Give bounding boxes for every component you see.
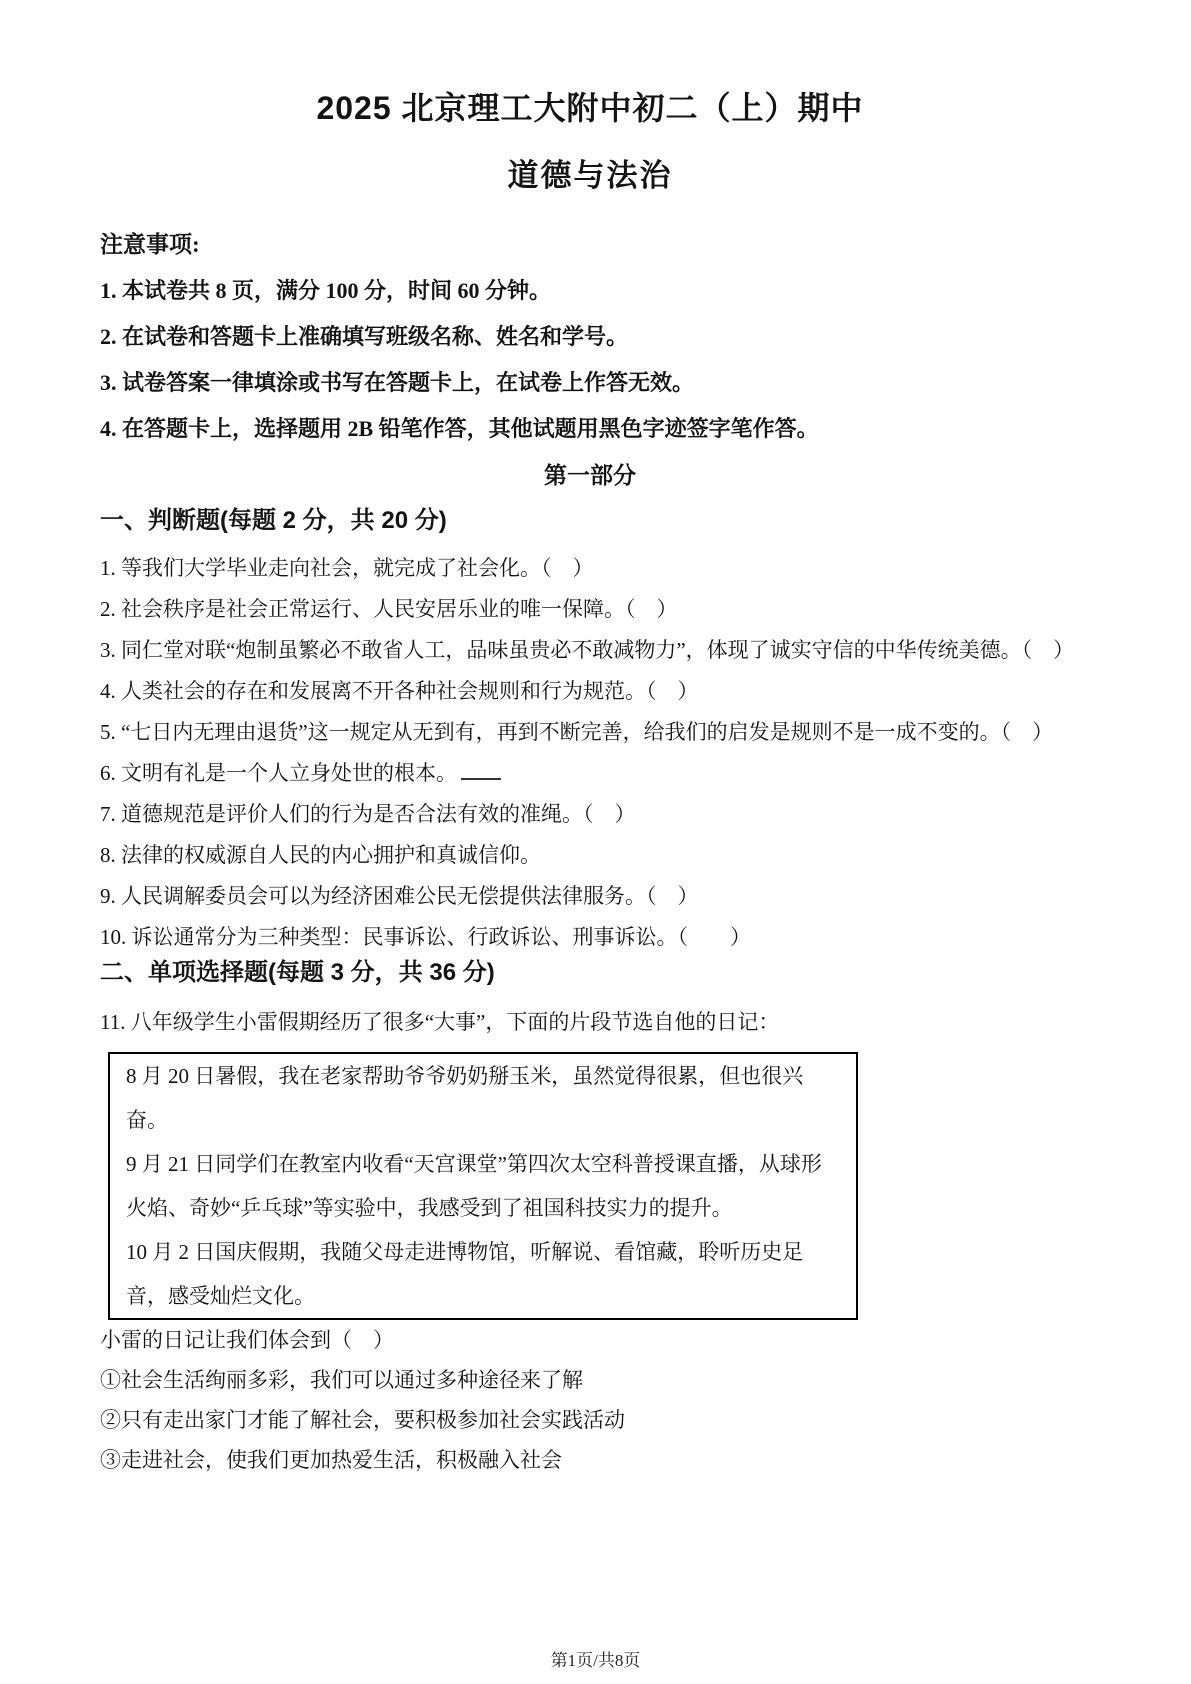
page-subtitle: 道德与法治 — [100, 156, 1080, 196]
part1-heading: 第一部分 — [100, 460, 1080, 490]
diary-entry-3: 10 月 2 日国庆假期，我随父母走进博物馆，听解说、看馆藏，聆听历史足音，感受… — [126, 1230, 840, 1318]
question-5: 5. “七日内无理由退货”这一规定从无到有，再到不断完善，给我们的启发是规则不是… — [100, 712, 1080, 753]
question-9: 9. 人民调解委员会可以为经济困难公民无偿提供法律服务。（ ） — [100, 876, 1080, 917]
notice-item-1: 1. 本试卷共 8 页，满分 100 分，时间 60 分钟。 — [100, 276, 1080, 306]
question-11-option-2: ②只有走出家门才能了解社会，要积极参加社会实践活动 — [100, 1400, 1080, 1440]
question-7: 7. 道德规范是评价人们的行为是否合法有效的准绳。（ ） — [100, 794, 1080, 835]
diary-entry-1: 8 月 20 日暑假，我在老家帮助爷爷奶奶掰玉米，虽然觉得很累，但也很兴奋。 — [126, 1054, 840, 1142]
diary-entry-2: 9 月 21 日同学们在教室内收看“天宫课堂”第四次太空科普授课直播，从球形火焰… — [126, 1142, 840, 1230]
question-4: 4. 人类社会的存在和发展离不开各种社会规则和行为规范。（ ） — [100, 671, 1080, 712]
question-6: 6. 文明有礼是一个人立身处世的根本。 — [100, 753, 1080, 794]
question-11-prompt: 小雷的日记让我们体会到（ ） — [100, 1320, 1080, 1360]
question-6-text: 6. 文明有礼是一个人立身处世的根本。 — [100, 761, 457, 785]
section2-heading: 二、单项选择题(每题 3 分，共 36 分) — [100, 958, 1080, 988]
question-11-option-3: ③走进社会，使我们更加热爱生活，积极融入社会 — [100, 1440, 1080, 1480]
notice-item-2: 2. 在试卷和答题卡上准确填写班级名称、姓名和学号。 — [100, 322, 1080, 352]
page-content: 2025 北京理工大附中初二（上）期中 道德与法治 注意事项: 1. 本试卷共 … — [100, 0, 1080, 1480]
judgment-question-list: 1. 等我们大学毕业走向社会，就完成了社会化。（ ） 2. 社会秩序是社会正常运… — [100, 548, 1080, 958]
question-3: 3. 同仁堂对联“炮制虽繁必不敢省人工，品味虽贵必不敢减物力”，体现了诚实守信的… — [100, 630, 1080, 671]
question-1: 1. 等我们大学毕业走向社会，就完成了社会化。（ ） — [100, 548, 1080, 589]
notice-item-4: 4. 在答题卡上，选择题用 2B 铅笔作答，其他试题用黑色字迹签字笔作答。 — [100, 414, 1080, 444]
notice-heading: 注意事项: — [100, 230, 1080, 260]
question-8: 8. 法律的权威源自人民的内心拥护和真诚信仰。 — [100, 835, 1080, 876]
diary-excerpt-box: 8 月 20 日暑假，我在老家帮助爷爷奶奶掰玉米，虽然觉得很累，但也很兴奋。 9… — [108, 1052, 858, 1320]
exam-paper-page: 2025 北京理工大附中初二（上）期中 道德与法治 注意事项: 1. 本试卷共 … — [0, 0, 1191, 1684]
page-number: 第1页/共8页 — [0, 1650, 1191, 1672]
question-11-stem: 11. 八年级学生小雷假期经历了很多“大事”，下面的片段节选自他的日记： — [100, 1002, 1080, 1043]
question-2: 2. 社会秩序是社会正常运行、人民安居乐业的唯一保障。（ ） — [100, 589, 1080, 630]
notice-item-3: 3. 试卷答案一律填涂或书写在答题卡上，在试卷上作答无效。 — [100, 368, 1080, 398]
question-11-option-1: ①社会生活绚丽多彩，我们可以通过多种途径来了解 — [100, 1360, 1080, 1400]
question-10: 10. 诉讼通常分为三种类型：民事诉讼、行政诉讼、刑事诉讼。（ ） — [100, 917, 1080, 958]
section1-heading: 一、判断题(每题 2 分，共 20 分) — [100, 506, 1080, 536]
answer-blank-line — [461, 760, 501, 780]
page-title: 2025 北京理工大附中初二（上）期中 — [100, 88, 1080, 128]
